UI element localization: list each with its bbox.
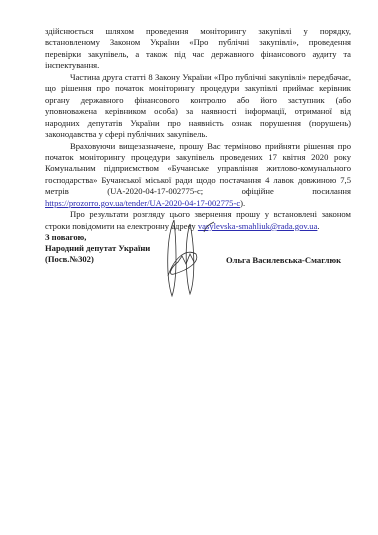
text-line: господарства» Бучанської міської ради що… — [45, 175, 351, 186]
text-line: метрів (UA-2020-04-17-002775-c; офіційне… — [45, 186, 351, 197]
text-line: перевірки закупівель, а також під час де… — [45, 49, 351, 60]
closing-greeting: З повагою, — [45, 232, 150, 243]
text-line: здійснюється шляхом проведення моніторин… — [45, 26, 351, 37]
text-line: що рішення про початок моніторингу проце… — [45, 83, 351, 94]
paragraph-2: Частина друга статті 8 Закону України «П… — [45, 72, 351, 141]
prozorro-tender-link[interactable]: https://prozorro.gov.ua/tender/UA-2020-0… — [45, 198, 240, 208]
closing-id: (Посв.№302) — [45, 254, 150, 265]
text-line: початок моніторингу процедури закупівель… — [45, 152, 351, 163]
text-line: органу державного фінансового контролю а… — [45, 95, 351, 106]
paragraph-1: здійснюється шляхом проведення моніторин… — [45, 26, 351, 72]
link-suffix: ). — [240, 198, 245, 208]
text-line: законодавства у сфері публічних закупіве… — [45, 129, 351, 140]
text-line: https://prozorro.gov.ua/tender/UA-2020-0… — [45, 198, 351, 209]
closing-block: З повагою, Народний депутат України (Пос… — [45, 232, 150, 266]
signer-name: Ольга Василевська-Смаглюк — [226, 255, 341, 265]
text-line: Враховуючи вищезазначене, прошу Вас терм… — [45, 141, 351, 152]
text-line: народних депутатів України про наявність… — [45, 118, 351, 129]
text-line: Частина друга статті 8 Закону України «П… — [45, 72, 351, 83]
text-line: інспектування. — [45, 60, 351, 71]
text-line: встановленому Законом України «Про публі… — [45, 37, 351, 48]
letter-body: здійснюється шляхом проведення моніторин… — [45, 26, 351, 232]
email-suffix: . — [317, 221, 319, 231]
paragraph-3: Враховуючи вищезазначене, прошу Вас терм… — [45, 141, 351, 210]
text-line: Комунальним підприємством «Бучанське упр… — [45, 163, 351, 174]
closing-title: Народний депутат України — [45, 243, 150, 254]
handwritten-signature-icon — [160, 218, 220, 298]
text-line: уповноважена керівником особа) за наявно… — [45, 106, 351, 117]
